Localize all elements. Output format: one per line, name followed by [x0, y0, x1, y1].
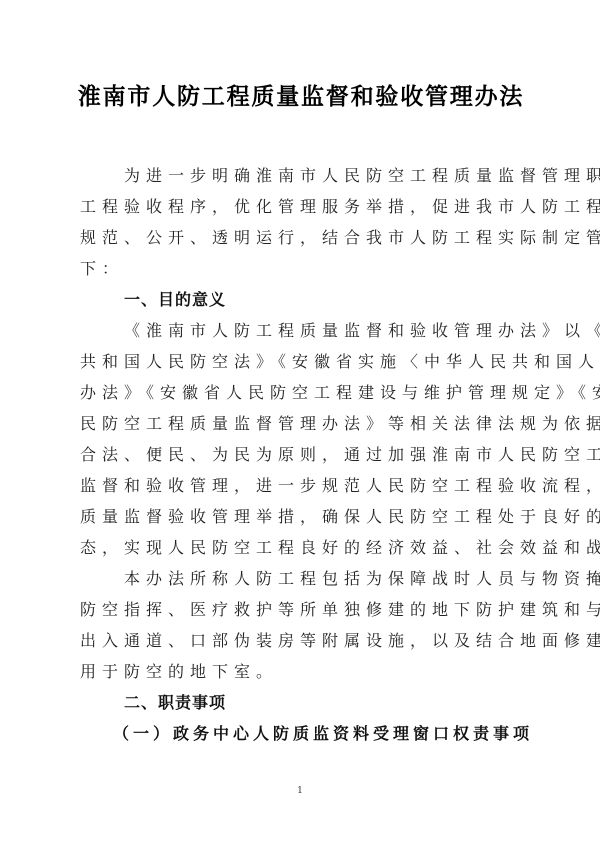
paragraph-line: 出入通道、口部伪装房等附属设施，以及结合地面修建的战时可: [80, 625, 526, 656]
paragraph-line: 下：: [80, 253, 526, 284]
page-number: 1: [0, 786, 600, 796]
purpose-paragraph: 《淮南市人防工程质量监督和验收管理办法》以《中华人民 共和国人民防空法》《安徽省…: [80, 315, 526, 563]
paragraph-line: 共和国人民防空法》《安徽省实施〈中华人民共和国人民防空法〉: [80, 346, 526, 377]
paragraph-line: 为进一步明确淮南市人民防空工程质量监督管理职责，规范: [80, 160, 526, 191]
section-heading-purpose: 一、目的意义: [80, 284, 526, 315]
paragraph-line: 用于防空的地下室。: [80, 656, 526, 687]
paragraph-line: 质量监督验收管理举措，确保人民防空工程处于良好的战备状: [80, 501, 526, 532]
paragraph-line: 民防空工程质量监督管理办法》等相关法律法规为依据，以高效、: [80, 408, 526, 439]
paragraph-line: 本办法所称人防工程包括为保障战时人员与物资掩蔽、人民: [80, 563, 526, 594]
paragraph-line: 工程验收程序，优化管理服务举措，促进我市人防工程验收管理: [80, 191, 526, 222]
paragraph-line: 合法、便民、为民为原则，通过加强淮南市人民防空工程质量的: [80, 439, 526, 470]
paragraph-line: 规范、公开、透明运行，结合我市人防工程实际制定管理办法如: [80, 222, 526, 253]
paragraph-line: 监督和验收管理，进一步规范人民防空工程验收流程，优化工程: [80, 470, 526, 501]
section-heading-responsibilities: 二、职责事项: [80, 687, 526, 718]
intro-paragraph: 为进一步明确淮南市人民防空工程质量监督管理职责，规范 工程验收程序，优化管理服务…: [80, 160, 526, 284]
paragraph-line: 办法》《安徽省人民防空工程建设与维护管理规定》《安徽省人: [80, 377, 526, 408]
subsection-heading: （一）政务中心人防质监资料受理窗口权责事项: [80, 718, 526, 749]
document-body: 为进一步明确淮南市人民防空工程质量监督管理职责，规范 工程验收程序，优化管理服务…: [80, 160, 526, 749]
paragraph-line: 防空指挥、医疗救护等所单独修建的地下防护建筑和与其配套的: [80, 594, 526, 625]
paragraph-line: 《淮南市人防工程质量监督和验收管理办法》以《中华人民: [80, 315, 526, 346]
document-title: 淮南市人防工程质量监督和验收管理办法: [0, 81, 600, 113]
paragraph-line: 态，实现人民防空工程良好的经济效益、社会效益和战备效益。: [80, 532, 526, 563]
document-page: 淮南市人防工程质量监督和验收管理办法 为进一步明确淮南市人民防空工程质量监督管理…: [0, 0, 600, 848]
scope-paragraph: 本办法所称人防工程包括为保障战时人员与物资掩蔽、人民 防空指挥、医疗救护等所单独…: [80, 563, 526, 687]
